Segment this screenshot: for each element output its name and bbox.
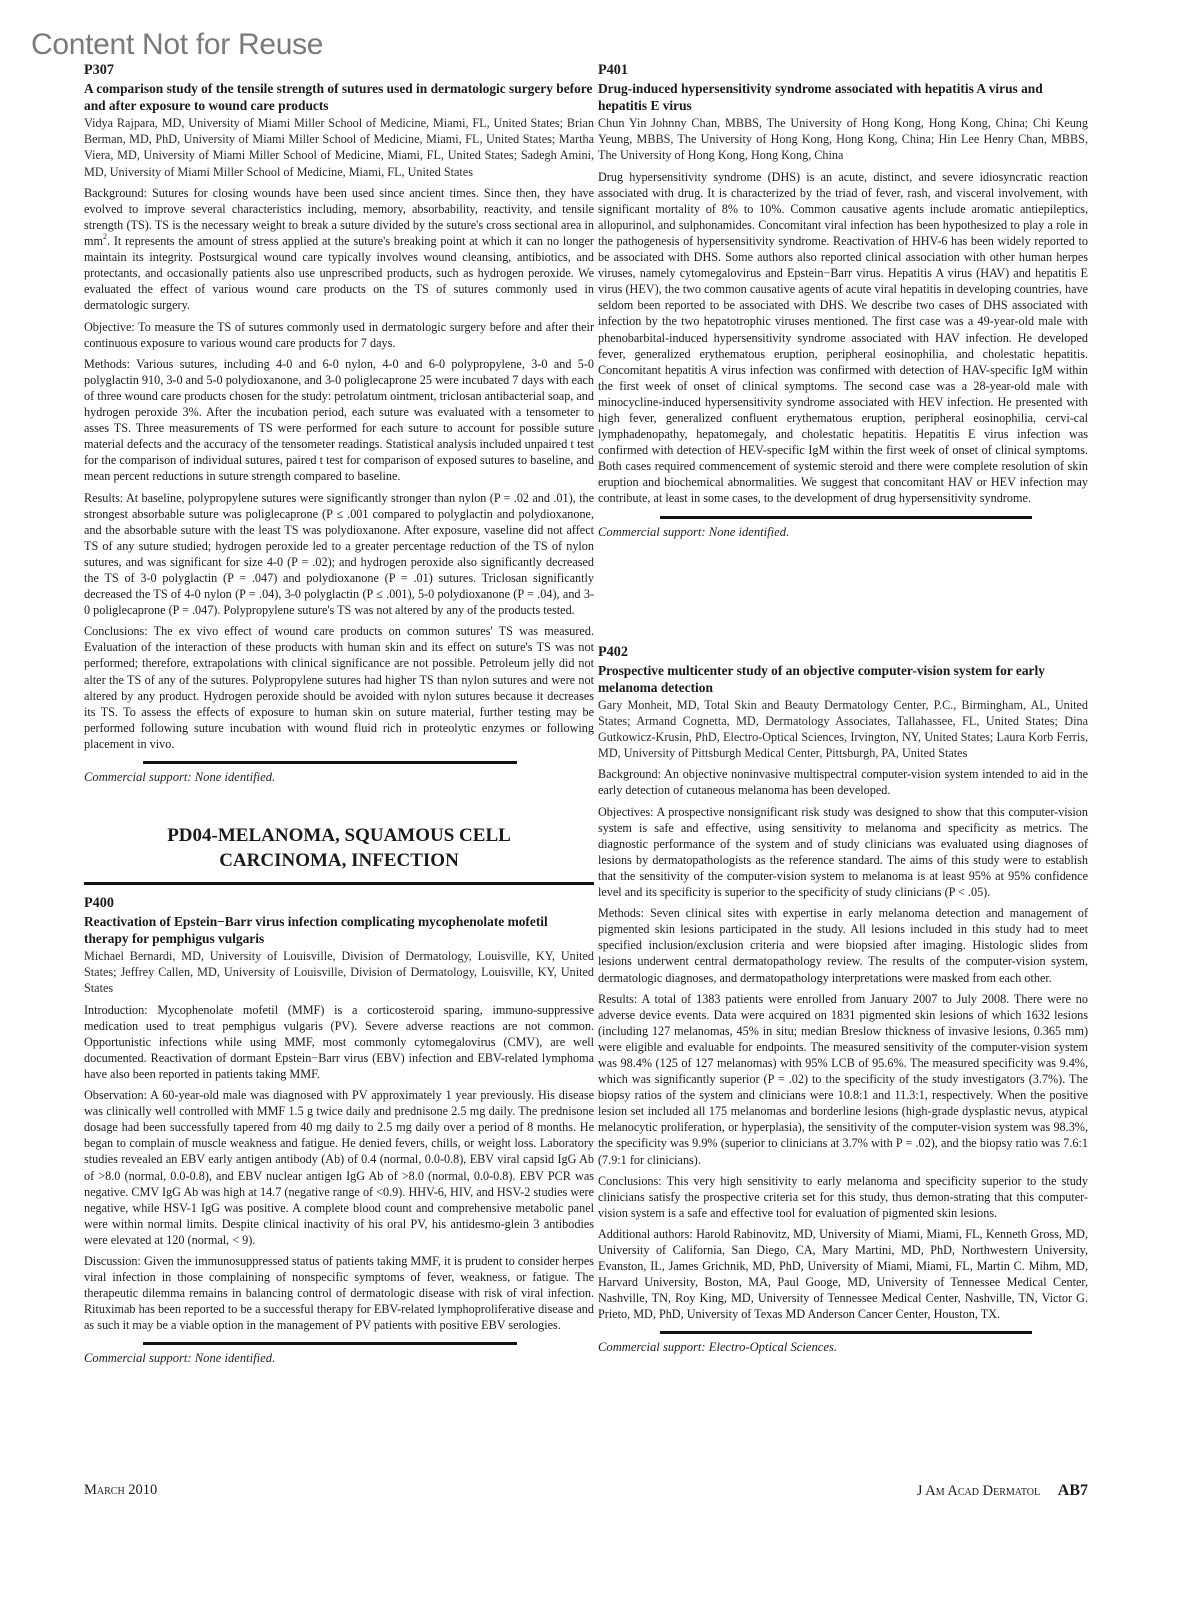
divider (143, 761, 517, 764)
section-header: PD04-MELANOMA, SQUAMOUS CELL CARCINOMA, … (84, 823, 594, 885)
abstract-id: P400 (84, 895, 594, 912)
abstract-authors: Michael Bernardi, MD, University of Loui… (84, 948, 594, 997)
divider (660, 1331, 1032, 1334)
abstract-authors: Vidya Rajpara, MD, University of Miami M… (84, 115, 594, 180)
abstract-p402: P402 Prospective multicenter study of an… (598, 644, 1088, 1356)
conclusions-paragraph: Conclusions: The ex vivo effect of wound… (84, 623, 594, 752)
commercial-support: Commercial support: Electro-Optical Scie… (598, 1339, 1088, 1355)
divider (660, 516, 1032, 519)
abstract-p400: P400 Reactivation of Epstein−Barr virus … (84, 895, 594, 1366)
abstract-id: P402 (598, 644, 1088, 661)
divider (143, 1342, 517, 1345)
watermark: Content Not for Reuse (31, 28, 323, 62)
abstract-title: Prospective multicenter study of an obje… (598, 662, 1088, 696)
commercial-support: Commercial support: None identified. (598, 524, 1088, 540)
objective-paragraph: Objective: To measure the TS of sutures … (84, 319, 594, 351)
abstract-title: Reactivation of Epstein−Barr virus infec… (84, 913, 594, 947)
methods-paragraph: Methods: Various sutures, including 4-0 … (84, 356, 594, 485)
methods-paragraph: Methods: Seven clinical sites with exper… (598, 905, 1088, 985)
conclusions-paragraph: Conclusions: This very high sensitivity … (598, 1173, 1088, 1221)
abstract-authors: Chun Yin Johnny Chan, MBBS, The Universi… (598, 115, 1088, 164)
footer-journal: J Am Acad Dermatol AB7 (917, 1482, 1088, 1500)
commercial-support: Commercial support: None identified. (84, 1350, 594, 1366)
discussion-paragraph: Discussion: Given the immunosuppressed s… (84, 1253, 594, 1333)
observation-paragraph: Observation: A 60-year-old male was diag… (84, 1087, 594, 1248)
right-column: P401 Drug-induced hypersensitivity syndr… (598, 62, 1088, 1355)
introduction-paragraph: Introduction: Mycophenolate mofetil (MMF… (84, 1002, 594, 1082)
additional-authors-paragraph: Additional authors: Harold Rabinovitz, M… (598, 1226, 1088, 1323)
results-paragraph: Results: At baseline, polypropylene sutu… (84, 490, 594, 619)
abstract-p307: P307 A comparison study of the tensile s… (84, 62, 594, 785)
background-paragraph: Background: Sutures for closing wounds h… (84, 185, 594, 314)
abstract-title: Drug-induced hypersensitivity syndrome a… (598, 80, 1088, 114)
commercial-support: Commercial support: None identified. (84, 769, 594, 785)
left-column: P307 A comparison study of the tensile s… (84, 62, 594, 1366)
background-paragraph: Background: An objective noninvasive mul… (598, 766, 1088, 798)
journal-name: J Am Acad Dermatol (917, 1483, 1040, 1499)
body-paragraph: Drug hypersensitivity syndrome (DHS) is … (598, 169, 1088, 507)
objectives-paragraph: Objectives: A prospective nonsignificant… (598, 804, 1088, 901)
section-divider (84, 882, 594, 885)
footer-date: March 2010 (84, 1482, 157, 1499)
abstract-authors: Gary Monheit, MD, Total Skin and Beauty … (598, 697, 1088, 762)
section-heading-line2: CARCINOMA, INFECTION (84, 848, 594, 873)
background-text-cont: . It represents the amount of stress app… (84, 234, 594, 312)
page-number: AB7 (1058, 1482, 1088, 1499)
abstract-title: A comparison study of the tensile streng… (84, 80, 594, 114)
results-paragraph: Results: A total of 1383 patients were e… (598, 991, 1088, 1168)
section-heading-line1: PD04-MELANOMA, SQUAMOUS CELL (84, 823, 594, 848)
abstract-id: P401 (598, 62, 1088, 79)
abstract-id: P307 (84, 62, 594, 79)
abstract-p401: P401 Drug-induced hypersensitivity syndr… (598, 62, 1088, 540)
